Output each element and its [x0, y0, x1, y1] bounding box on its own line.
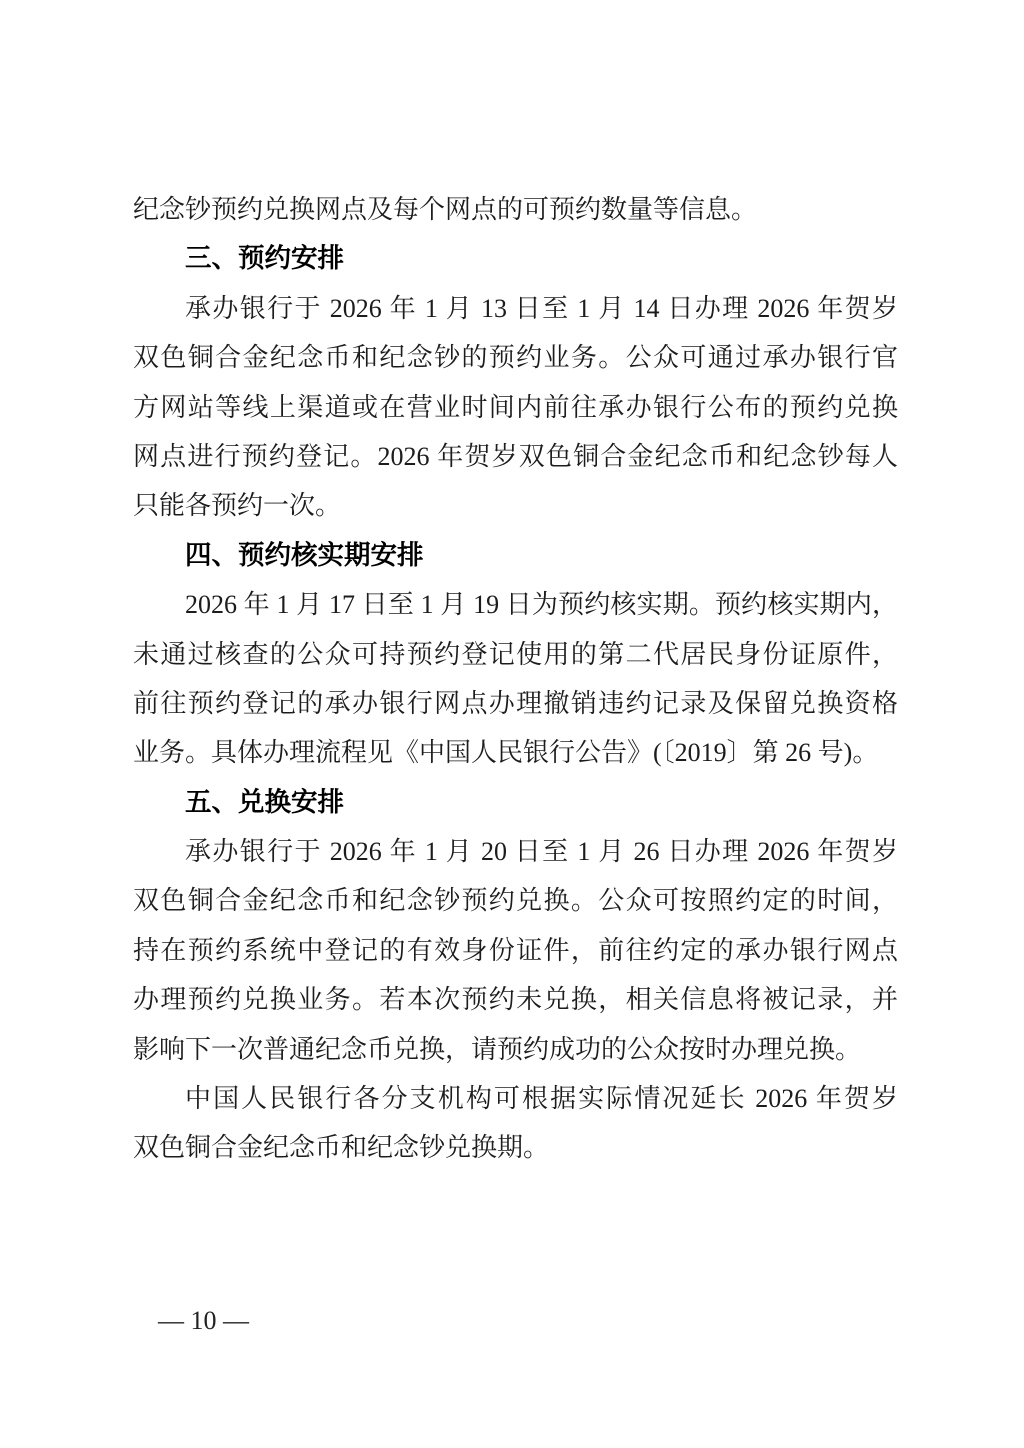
document-text-block: 纪念钞预约兑换网点及每个网点的可预约数量等信息。 三、预约安排 承办银行于 20… [133, 185, 898, 1173]
body-line-4: 方网站等线上渠道或在营业时间内前往承办银行公布的预约兑换 [133, 383, 898, 432]
body-line-3: 双色铜合金纪念币和纪念钞的预约业务。公众可通过承办银行官 [133, 333, 898, 382]
body-line-2: 承办银行于 2026 年 1 月 13 日至 1 月 14 日办理 2026 年… [133, 284, 898, 333]
section-heading-3: 三、预约安排 [133, 234, 898, 283]
body-line-1: 纪念钞预约兑换网点及每个网点的可预约数量等信息。 [133, 185, 898, 234]
body-line-9: 前往预约登记的承办银行网点办理撤销违约记录及保留兑换资格 [133, 679, 898, 728]
section-heading-4: 四、预约核实期安排 [133, 531, 898, 580]
body-line-13: 持在预约系统中登记的有效身份证件，前往约定的承办银行网点 [133, 926, 898, 975]
body-line-15: 影响下一次普通纪念币兑换，请预约成功的公众按时办理兑换。 [133, 1025, 898, 1074]
page-number: — 10 — [158, 1296, 249, 1345]
body-line-11: 承办银行于 2026 年 1 月 20 日至 1 月 26 日办理 2026 年… [133, 827, 898, 876]
section-heading-5: 五、兑换安排 [133, 778, 898, 827]
body-line-8: 未通过核查的公众可持预约登记使用的第二代居民身份证原件， [133, 630, 898, 679]
body-line-10: 业务。具体办理流程见《中国人民银行公告》(〔2019〕第 26 号)。 [133, 728, 898, 777]
body-line-12: 双色铜合金纪念币和纪念钞预约兑换。公众可按照约定的时间， [133, 876, 898, 925]
body-line-6: 只能各预约一次。 [133, 481, 898, 530]
document-page: 纪念钞预约兑换网点及每个网点的可预约数量等信息。 三、预约安排 承办银行于 20… [0, 0, 1024, 1448]
body-line-7: 2026 年 1 月 17 日至 1 月 19 日为预约核实期。预约核实期内， [133, 580, 898, 629]
body-line-16: 中国人民银行各分支机构可根据实际情况延长 2026 年贺岁 [133, 1074, 898, 1123]
body-line-5: 网点进行预约登记。2026 年贺岁双色铜合金纪念币和纪念钞每人 [133, 432, 898, 481]
body-line-14: 办理预约兑换业务。若本次预约未兑换，相关信息将被记录，并 [133, 975, 898, 1024]
body-line-17: 双色铜合金纪念币和纪念钞兑换期。 [133, 1123, 898, 1172]
